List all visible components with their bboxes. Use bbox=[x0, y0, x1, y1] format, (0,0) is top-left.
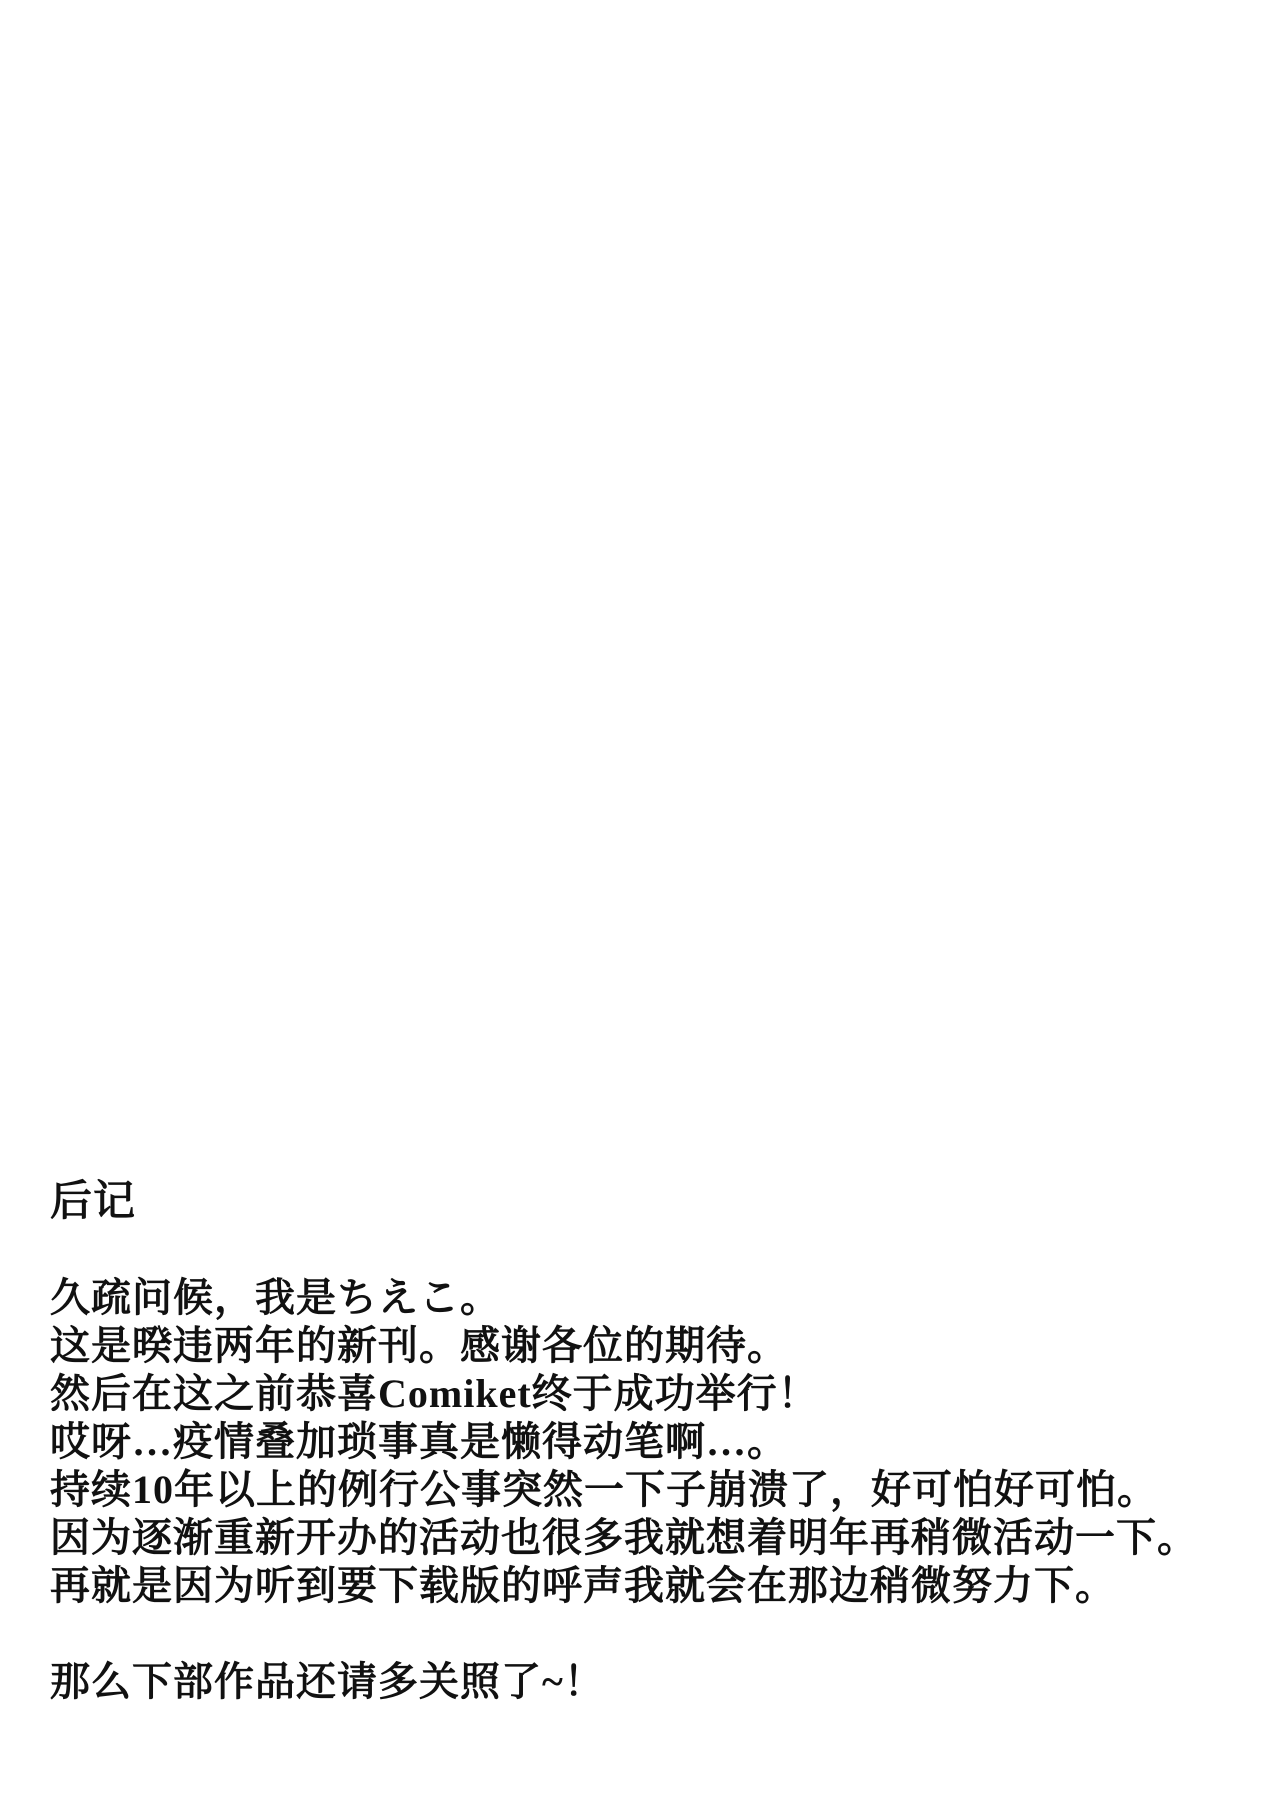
afterword-line-3: 然后在这之前恭喜Comiket终于成功举行！ bbox=[50, 1370, 1198, 1418]
afterword-text-block: 后记 久疏问候，我是ちえこ。 这是暌违两年的新刊。感谢各位的期待。 然后在这之前… bbox=[50, 1178, 1198, 1706]
afterword-line-1: 久疏问候，我是ちえこ。 bbox=[50, 1274, 1198, 1322]
afterword-page: 后记 久疏问候，我是ちえこ。 这是暌违两年的新刊。感谢各位的期待。 然后在这之前… bbox=[0, 0, 1280, 1808]
afterword-line-7: 再就是因为听到要下载版的呼声我就会在那边稍微努力下。 bbox=[50, 1562, 1198, 1610]
afterword-line-2: 这是暌违两年的新刊。感谢各位的期待。 bbox=[50, 1322, 1198, 1370]
blank-line bbox=[50, 1226, 1198, 1274]
afterword-line-4: 哎呀…疫情叠加琐事真是懒得动笔啊…。 bbox=[50, 1418, 1198, 1466]
afterword-line-6: 因为逐渐重新开办的活动也很多我就想着明年再稍微活动一下。 bbox=[50, 1514, 1198, 1562]
page-title: 后记 bbox=[50, 1178, 1198, 1226]
blank-line bbox=[50, 1610, 1198, 1658]
afterword-line-5: 持续10年以上的例行公事突然一下子崩溃了，好可怕好可怕。 bbox=[50, 1466, 1198, 1514]
closing-line: 那么下部作品还请多关照了~！ bbox=[50, 1658, 1198, 1706]
